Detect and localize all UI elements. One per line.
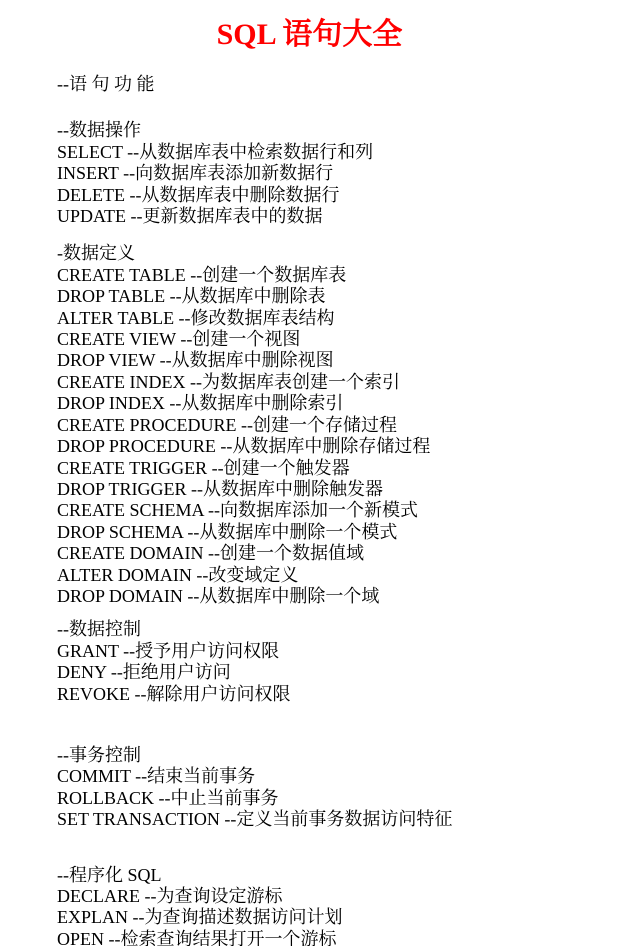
document-section: -数据定义CREATE TABLE --创建一个数据库表DROP TABLE -… <box>57 243 599 607</box>
text-line: ROLLBACK --中止当前事务 <box>57 788 599 809</box>
text-line: CREATE VIEW --创建一个视图 <box>57 329 599 350</box>
text-line: EXPLAN --为查询描述数据访问计划 <box>57 907 599 928</box>
text-line: --数据操作 <box>57 120 599 141</box>
text-line: CREATE TABLE --创建一个数据库表 <box>57 265 599 286</box>
text-line: DENY --拒绝用户访问 <box>57 662 599 683</box>
text-line: ALTER TABLE --修改数据库表结构 <box>57 308 599 329</box>
document-section: --语 句 功 能 <box>57 74 599 95</box>
document-section: --数据操作SELECT --从数据库表中检索数据行和列INSERT --向数据… <box>57 120 599 227</box>
text-line: --语 句 功 能 <box>57 74 599 95</box>
text-line: DELETE --从数据库表中删除数据行 <box>57 185 599 206</box>
text-line: SELECT --从数据库表中检索数据行和列 <box>57 142 599 163</box>
text-line: DROP PROCEDURE --从数据库中删除存储过程 <box>57 436 599 457</box>
text-line: DECLARE --为查询设定游标 <box>57 886 599 907</box>
text-line: CREATE INDEX --为数据库表创建一个索引 <box>57 372 599 393</box>
document-page: SQL 语句大全 --语 句 功 能--数据操作SELECT --从数据库表中检… <box>0 0 619 946</box>
document-section: --事务控制COMMIT --结束当前事务ROLLBACK --中止当前事务SE… <box>57 745 599 831</box>
text-line: CREATE TRIGGER --创建一个触发器 <box>57 458 599 479</box>
text-line: CREATE PROCEDURE --创建一个存储过程 <box>57 415 599 436</box>
text-line: UPDATE --更新数据库表中的数据 <box>57 206 599 227</box>
text-line: REVOKE --解除用户访问权限 <box>57 684 599 705</box>
text-line: -数据定义 <box>57 243 599 264</box>
document-body: --语 句 功 能--数据操作SELECT --从数据库表中检索数据行和列INS… <box>0 74 619 946</box>
text-line: INSERT --向数据库表添加新数据行 <box>57 163 599 184</box>
text-line: DROP DOMAIN --从数据库中删除一个域 <box>57 586 599 607</box>
text-line: CREATE SCHEMA --向数据库添加一个新模式 <box>57 500 599 521</box>
document-section: --程序化 SQLDECLARE --为查询设定游标EXPLAN --为查询描述… <box>57 865 599 946</box>
text-line: COMMIT --结束当前事务 <box>57 766 599 787</box>
text-line: OPEN --检索查询结果打开一个游标 <box>57 929 599 946</box>
document-title: SQL 语句大全 <box>0 16 619 54</box>
text-line: --数据控制 <box>57 619 599 640</box>
text-line: ALTER DOMAIN --改变域定义 <box>57 565 599 586</box>
text-line: --事务控制 <box>57 745 599 766</box>
text-line: SET TRANSACTION --定义当前事务数据访问特征 <box>57 809 599 830</box>
text-line: CREATE DOMAIN --创建一个数据值域 <box>57 543 599 564</box>
text-line: DROP SCHEMA --从数据库中删除一个模式 <box>57 522 599 543</box>
text-line: DROP VIEW --从数据库中删除视图 <box>57 350 599 371</box>
text-line: DROP TRIGGER --从数据库中删除触发器 <box>57 479 599 500</box>
text-line: DROP TABLE --从数据库中删除表 <box>57 286 599 307</box>
text-line: DROP INDEX --从数据库中删除索引 <box>57 393 599 414</box>
text-line: --程序化 SQL <box>57 865 599 886</box>
text-line: GRANT --授予用户访问权限 <box>57 641 599 662</box>
document-section: --数据控制GRANT --授予用户访问权限DENY --拒绝用户访问REVOK… <box>57 619 599 705</box>
